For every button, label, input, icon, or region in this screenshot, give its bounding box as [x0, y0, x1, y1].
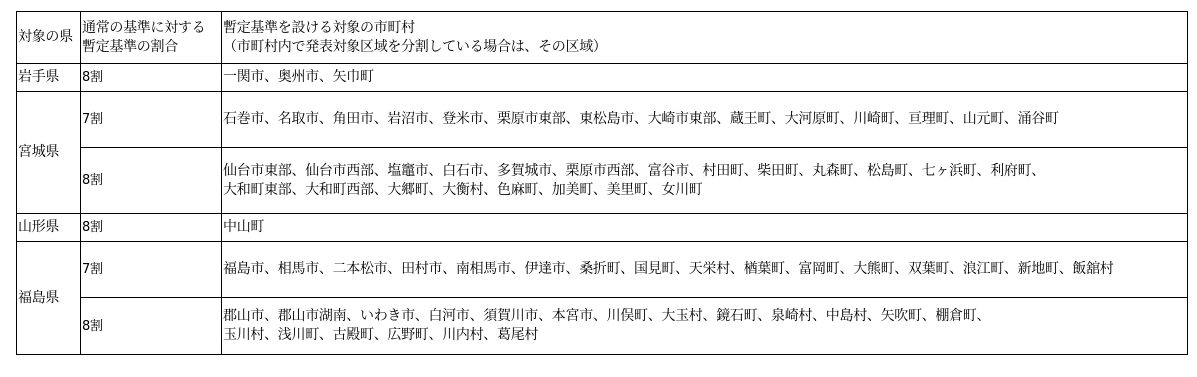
provisional-standards-table: 対象の県 通常の基準に対する 暫定基準の割合 暫定基準を設ける対象の市町村 （市… — [16, 11, 1188, 355]
ratio-cell: 8割 — [81, 214, 222, 242]
ratio-cell: 8割 — [81, 148, 222, 214]
header-municipalities-line1: 暫定基準を設ける対象の市町村 — [223, 19, 1187, 38]
table-row: 宮城県 7割 石巻市、名取市、角田市、岩沼市、登米市、栗原市東部、東松島市、大崎… — [17, 92, 1188, 148]
header-prefecture-label: 対象の県 — [18, 29, 73, 45]
header-ratio: 通常の基準に対する 暫定基準の割合 — [81, 12, 222, 64]
table-row: 福島県 7割 福島市、相馬市、二本松市、田村市、南相馬市、伊達市、桑折町、国見町… — [17, 242, 1188, 298]
table-row: 8割 郡山市、郡山市湖南、いわき市、白河市、須賀川市、本宮市、川俣町、大玉村、鏡… — [17, 298, 1188, 355]
municipalities-cell: 仙台市東部、仙台市西部、塩竈市、白石市、多賀城市、栗原市西部、富谷市、村田町、柴… — [222, 148, 1188, 214]
municipalities-cell: 福島市、相馬市、二本松市、田村市、南相馬市、伊達市、桑折町、国見町、天栄村、楢葉… — [222, 242, 1188, 298]
municipalities-cell: 中山町 — [222, 214, 1188, 242]
municipalities-line: 郡山市、郡山市湖南、いわき市、白河市、須賀川市、本宮市、川俣町、大玉村、鏡石町、… — [223, 307, 1187, 326]
header-ratio-line2: 暫定基準の割合 — [82, 38, 221, 57]
municipalities-line: 一関市、奥州市、矢巾町 — [223, 68, 1187, 87]
ratio-cell: 7割 — [81, 92, 222, 148]
municipalities-cell: 石巻市、名取市、角田市、岩沼市、登米市、栗原市東部、東松島市、大崎市東部、蔵王町… — [222, 92, 1188, 148]
header-row: 対象の県 通常の基準に対する 暫定基準の割合 暫定基準を設ける対象の市町村 （市… — [17, 12, 1188, 64]
header-ratio-line1: 通常の基準に対する — [82, 19, 221, 38]
prefecture-cell: 岩手県 — [17, 64, 81, 92]
municipalities-line: 仙台市東部、仙台市西部、塩竈市、白石市、多賀城市、栗原市西部、富谷市、村田町、柴… — [223, 162, 1187, 181]
prefecture-cell: 宮城県 — [17, 92, 81, 214]
ratio-cell: 8割 — [81, 298, 222, 355]
prefecture-cell: 福島県 — [17, 242, 81, 355]
municipalities-line: 玉川村、浅川町、古殿町、広野町、川内村、葛尾村 — [223, 326, 1187, 345]
municipalities-line: 福島市、相馬市、二本松市、田村市、南相馬市、伊達市、桑折町、国見町、天栄村、楢葉… — [223, 260, 1187, 279]
table-row: 山形県 8割 中山町 — [17, 214, 1188, 242]
table-row: 岩手県 8割 一関市、奥州市、矢巾町 — [17, 64, 1188, 92]
municipalities-cell: 郡山市、郡山市湖南、いわき市、白河市、須賀川市、本宮市、川俣町、大玉村、鏡石町、… — [222, 298, 1188, 355]
municipalities-line: 中山町 — [223, 218, 1187, 237]
header-prefecture: 対象の県 — [17, 12, 81, 64]
ratio-cell: 8割 — [81, 64, 222, 92]
header-municipalities-line2: （市町村内で発表対象区域を分割している場合は、その区域） — [223, 38, 1187, 57]
municipalities-cell: 一関市、奥州市、矢巾町 — [222, 64, 1188, 92]
header-municipalities: 暫定基準を設ける対象の市町村 （市町村内で発表対象区域を分割している場合は、その… — [222, 12, 1188, 64]
table-row: 8割 仙台市東部、仙台市西部、塩竈市、白石市、多賀城市、栗原市西部、富谷市、村田… — [17, 148, 1188, 214]
municipalities-line: 石巻市、名取市、角田市、岩沼市、登米市、栗原市東部、東松島市、大崎市東部、蔵王町… — [223, 110, 1187, 129]
prefecture-cell: 山形県 — [17, 214, 81, 242]
municipalities-line: 大和町東部、大和町西部、大郷町、大衡村、色麻町、加美町、美里町、女川町 — [223, 181, 1187, 200]
ratio-cell: 7割 — [81, 242, 222, 298]
